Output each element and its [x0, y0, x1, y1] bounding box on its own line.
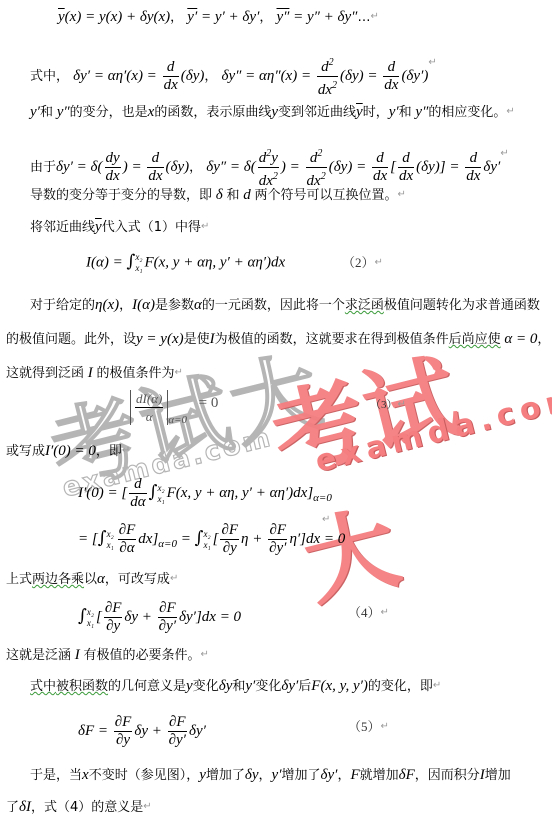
paragraph-given-2: 的极值问题。此外，设y = y(x)是使I为极值的函数，这就要求在得到极值条件后… [6, 330, 550, 349]
paragraph-given-1: 对于给定的η(x)，I(α)是参数α的一元函数，因此将一个求泛函极值问题转化为求… [30, 296, 540, 315]
paragraph-necessary: 这就是泛涵 I 有极值的必要条件。↵ [6, 646, 201, 665]
equation-2-number: （2）↵ [342, 254, 375, 272]
equation-4-number: （4）↵ [348, 604, 381, 622]
paragraph-or: 或写成I′(0) = 0，即↵ [6, 442, 122, 461]
equation-3-number: （3）↵ [370, 396, 398, 414]
equation-I0-a: I′(0) = [ddα∫x₂x₁F(x, y + αη, y′ + αη′)d… [78, 476, 332, 511]
equation-3: dI(α)α α=0 = 0 [130, 390, 218, 429]
paragraph-thus-2: 了δI，式（4）的意义是↵ [6, 798, 143, 817]
paragraph-geometric: 式中被积函数的几何意义是y变化δy和y′变化δy′后F(x, y, y′)的变化… [30, 677, 433, 696]
equation-2: I(α) = ∫x₂x₁F(x, y + αη, y′ + αη′)dx [86, 252, 285, 274]
paragraph-substitute: 将邻近曲线y代入式（1）中得↵ [30, 218, 201, 237]
equation-ybar: y(x) = y(x) + δy(x)， y′ = y′ + δy′， y″ =… [58, 8, 370, 27]
equation-4: ∫x₂x₁[∂F∂yδy + ∂F∂y′δy′]dx = 0 [78, 600, 241, 635]
watermark-red-text: 考试大 [257, 304, 552, 625]
paragraph-swap: 导数的变分等于变分的导数，即 δ 和 d 两个符号可以互换位置。↵ [30, 186, 398, 205]
paragraph-variation: y′和 y″的变分，也是x的函数，表示原曲线y变到邻近曲线y时，y′和 y″的相… [30, 103, 506, 122]
equation-deriv: 式中， δy′ = αη′(x) = ddx(δy)， δy″ = αη″(x)… [30, 54, 428, 99]
watermark-red-url: examda.com [312, 379, 552, 479]
equation-I0-b: = [∫x₂x₁∂F∂αdx]α=0 = ∫x₂x₁[∂F∂yη + ∂F∂y′… [78, 522, 345, 557]
equation-5: δF = ∂F∂yδy + ∂F∂y′δy′ [78, 714, 206, 749]
paragraph-thus-1: 于是，当x不变时（参见图），y增加了δy，y′增加了δy′，F就增加δF，因而积… [30, 766, 511, 785]
paragraph-condition: 这就得到泛函 I 的极值条件为↵ [6, 364, 175, 383]
equation-5-number: （5）↵ [348, 718, 381, 736]
equation-since: 由于δy′ = δ(dydx) = ddx(δy)， δy″ = δ(d2ydx… [30, 145, 500, 190]
paragraph-multiply: 上式两边各乘以α，可改写成↵ [6, 570, 170, 589]
